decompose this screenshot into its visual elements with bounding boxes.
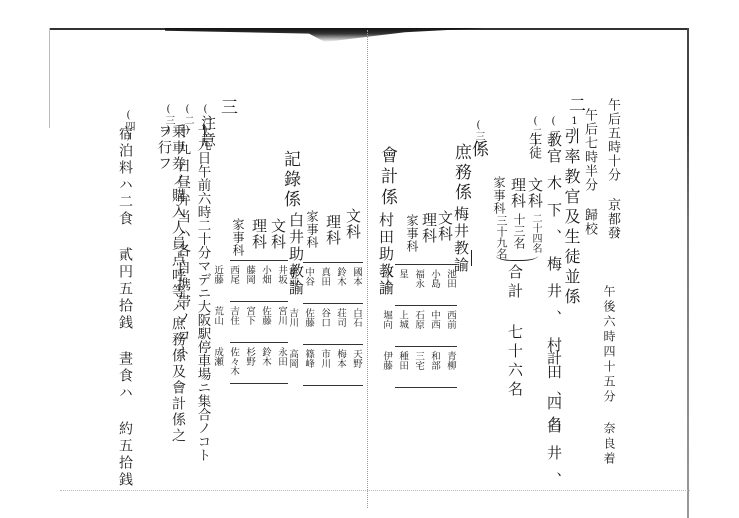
name-cell: 近藤 — [212, 265, 222, 297]
name-cell: 種田 — [397, 351, 407, 383]
name-cell: 永田 — [276, 347, 286, 379]
name-cell: 真田 — [319, 267, 329, 299]
accounting-leader: 村田助教諭 — [378, 212, 393, 297]
table-row: 天野 梅本 市川 篠峰 高岡 — [303, 344, 363, 386]
name-cell: 國本 — [351, 267, 361, 299]
students-dept-2: 理科 — [510, 177, 525, 209]
records-dept-a2: 理科 — [325, 214, 340, 246]
name-cell: 上城 — [397, 310, 407, 342]
left-page-edge — [49, 28, 50, 128]
ga-dept-1: 文科 — [437, 210, 452, 242]
name-cell: 井坂 — [276, 265, 286, 297]
name-cell: 荘司 — [335, 308, 345, 340]
table-row: 青柳 和部 三宅 種田 伊藤 — [395, 346, 457, 388]
ga-dept-2: 理科 — [421, 212, 436, 244]
records-dept-a3: 家事科 — [306, 210, 318, 249]
name-cell: 石原 — [413, 310, 423, 342]
name-cell: 荒山 — [212, 306, 222, 338]
name-cell: 鈴木 — [260, 347, 270, 379]
students-count-1: 二十四名 — [530, 213, 540, 253]
table-row: 池田 小島 福永 星 水上 — [395, 264, 457, 305]
name-cell: 池田 — [445, 269, 455, 301]
name-cell: 藤岡 — [244, 265, 254, 297]
records-name-table-a: 國本 鈴木 真田 中谷 桃前 白石 荘司 谷口 佐藤 吉川 天野 梅本 市川 篠… — [303, 262, 363, 386]
name-cell: 篠峰 — [303, 349, 313, 381]
name-cell: 小島 — [429, 269, 439, 301]
name-cell: 小畑 — [260, 265, 270, 297]
name-cell: 成瀬 — [212, 347, 222, 379]
note-3-text: 乗車券ノ購入人員点呼等ハ庶務係及會計係之ヲ行フ — [157, 124, 185, 454]
section-3-number: 三 — [218, 98, 235, 116]
records-name-table-b: 井坂 小畑 藤岡 西尾 近藤 宮川 佐藤 宮下 吉住 荒山 永田 鈴木 杉野 佐… — [230, 260, 288, 384]
name-cell: 西尾 — [228, 265, 238, 297]
note-4-text: 宿泊料ハ二食 貳円五拾銭 晝食ハ 約五拾銭 — [118, 126, 132, 489]
name-cell: 高岡 — [287, 349, 297, 381]
name-cell: 吉川 — [287, 308, 297, 340]
section-2-number: 二 — [566, 96, 583, 114]
teachers-label: 教官 — [546, 132, 561, 164]
students-dept-3: 家事科 — [493, 176, 505, 215]
teachers-total: 計 四名 — [546, 350, 561, 437]
name-cell: 青柳 — [445, 351, 455, 383]
name-cell: 西前 — [445, 310, 455, 342]
records-dept-b1: 文科 — [270, 218, 285, 250]
name-cell: 中西 — [429, 310, 439, 342]
name-cell: 桃前 — [287, 267, 297, 299]
students-brace — [496, 248, 538, 261]
return-time: 午后七時半分 歸校 — [583, 108, 596, 236]
arrival-time: 午後六時四十五分 奈良着 — [603, 285, 615, 467]
name-cell: 天野 — [351, 349, 361, 381]
name-cell: 福永 — [413, 269, 423, 301]
name-cell: 市川 — [319, 349, 329, 381]
name-cell: 鈴木 — [335, 267, 345, 299]
name-cell: 和部 — [429, 351, 439, 383]
table-row: 井坂 小畑 藤岡 西尾 近藤 — [230, 260, 288, 301]
book-spine — [367, 30, 369, 508]
teachers-names: 木下、梅井、村田、白井、 — [546, 175, 561, 499]
name-cell: 星 — [397, 269, 407, 301]
table-row: 西前 中西 石原 上城 堀向 — [395, 305, 457, 346]
name-cell: 宮川 — [276, 306, 286, 338]
students-count-2: 十三名 — [513, 213, 525, 249]
page-bottom-edge — [60, 490, 690, 492]
name-cell: 白石 — [351, 308, 361, 340]
records-dept-b3: 家事科 — [232, 218, 244, 257]
records-label: 記錄係 — [281, 150, 298, 210]
accounting-label: 會計係 — [378, 146, 395, 209]
name-cell: 宮下 — [244, 306, 254, 338]
name-cell: 佐藤 — [303, 308, 313, 340]
name-cell: 伊藤 — [381, 351, 391, 383]
table-row: 永田 鈴木 杉野 佐々木 成瀬 — [230, 342, 288, 384]
staff-label: 係 — [469, 140, 486, 158]
students-dept-1: 文科 — [527, 177, 542, 209]
table-row: 白石 荘司 谷口 佐藤 吉川 — [303, 303, 363, 344]
students-grand-total: 合計 七十六名 — [507, 264, 522, 400]
ga-dept-3: 家事科 — [406, 214, 418, 253]
students-label: 生徒 — [527, 132, 540, 160]
name-cell: 梅本 — [335, 349, 345, 381]
name-cell: 杉野 — [244, 347, 254, 379]
table-row: 宮川 佐藤 宮下 吉住 荒山 — [230, 301, 288, 342]
records-dept-a1: 文科 — [345, 208, 360, 240]
right-page-edge — [687, 28, 689, 518]
name-cell: 谷口 — [319, 308, 329, 340]
name-cell: 堀向 — [381, 310, 391, 342]
departure-time: 午后五時十分 京都發 — [606, 98, 619, 240]
name-cell: 三宅 — [413, 351, 423, 383]
leader-bracket — [471, 250, 472, 266]
records-dept-b2: 理科 — [251, 218, 266, 250]
general-affairs-name-table: 池田 小島 福永 星 水上 西前 中西 石原 上城 堀向 青柳 和部 三宅 種田… — [395, 264, 457, 388]
name-cell: 佐藤 — [260, 306, 270, 338]
note-1-text: 十九日午前六時二十分マデニ大阪駅停車場ニ集合ノコト — [195, 124, 209, 462]
section-2-title: 引率教官及生徒並係 — [563, 128, 579, 308]
name-cell: 中谷 — [303, 267, 313, 299]
general-affairs-label: 庶務係 — [452, 143, 469, 203]
name-cell: 吉住 — [228, 306, 238, 338]
table-row: 國本 鈴木 真田 中谷 桃前 — [303, 262, 363, 303]
name-cell: 佐々木 — [228, 347, 238, 379]
